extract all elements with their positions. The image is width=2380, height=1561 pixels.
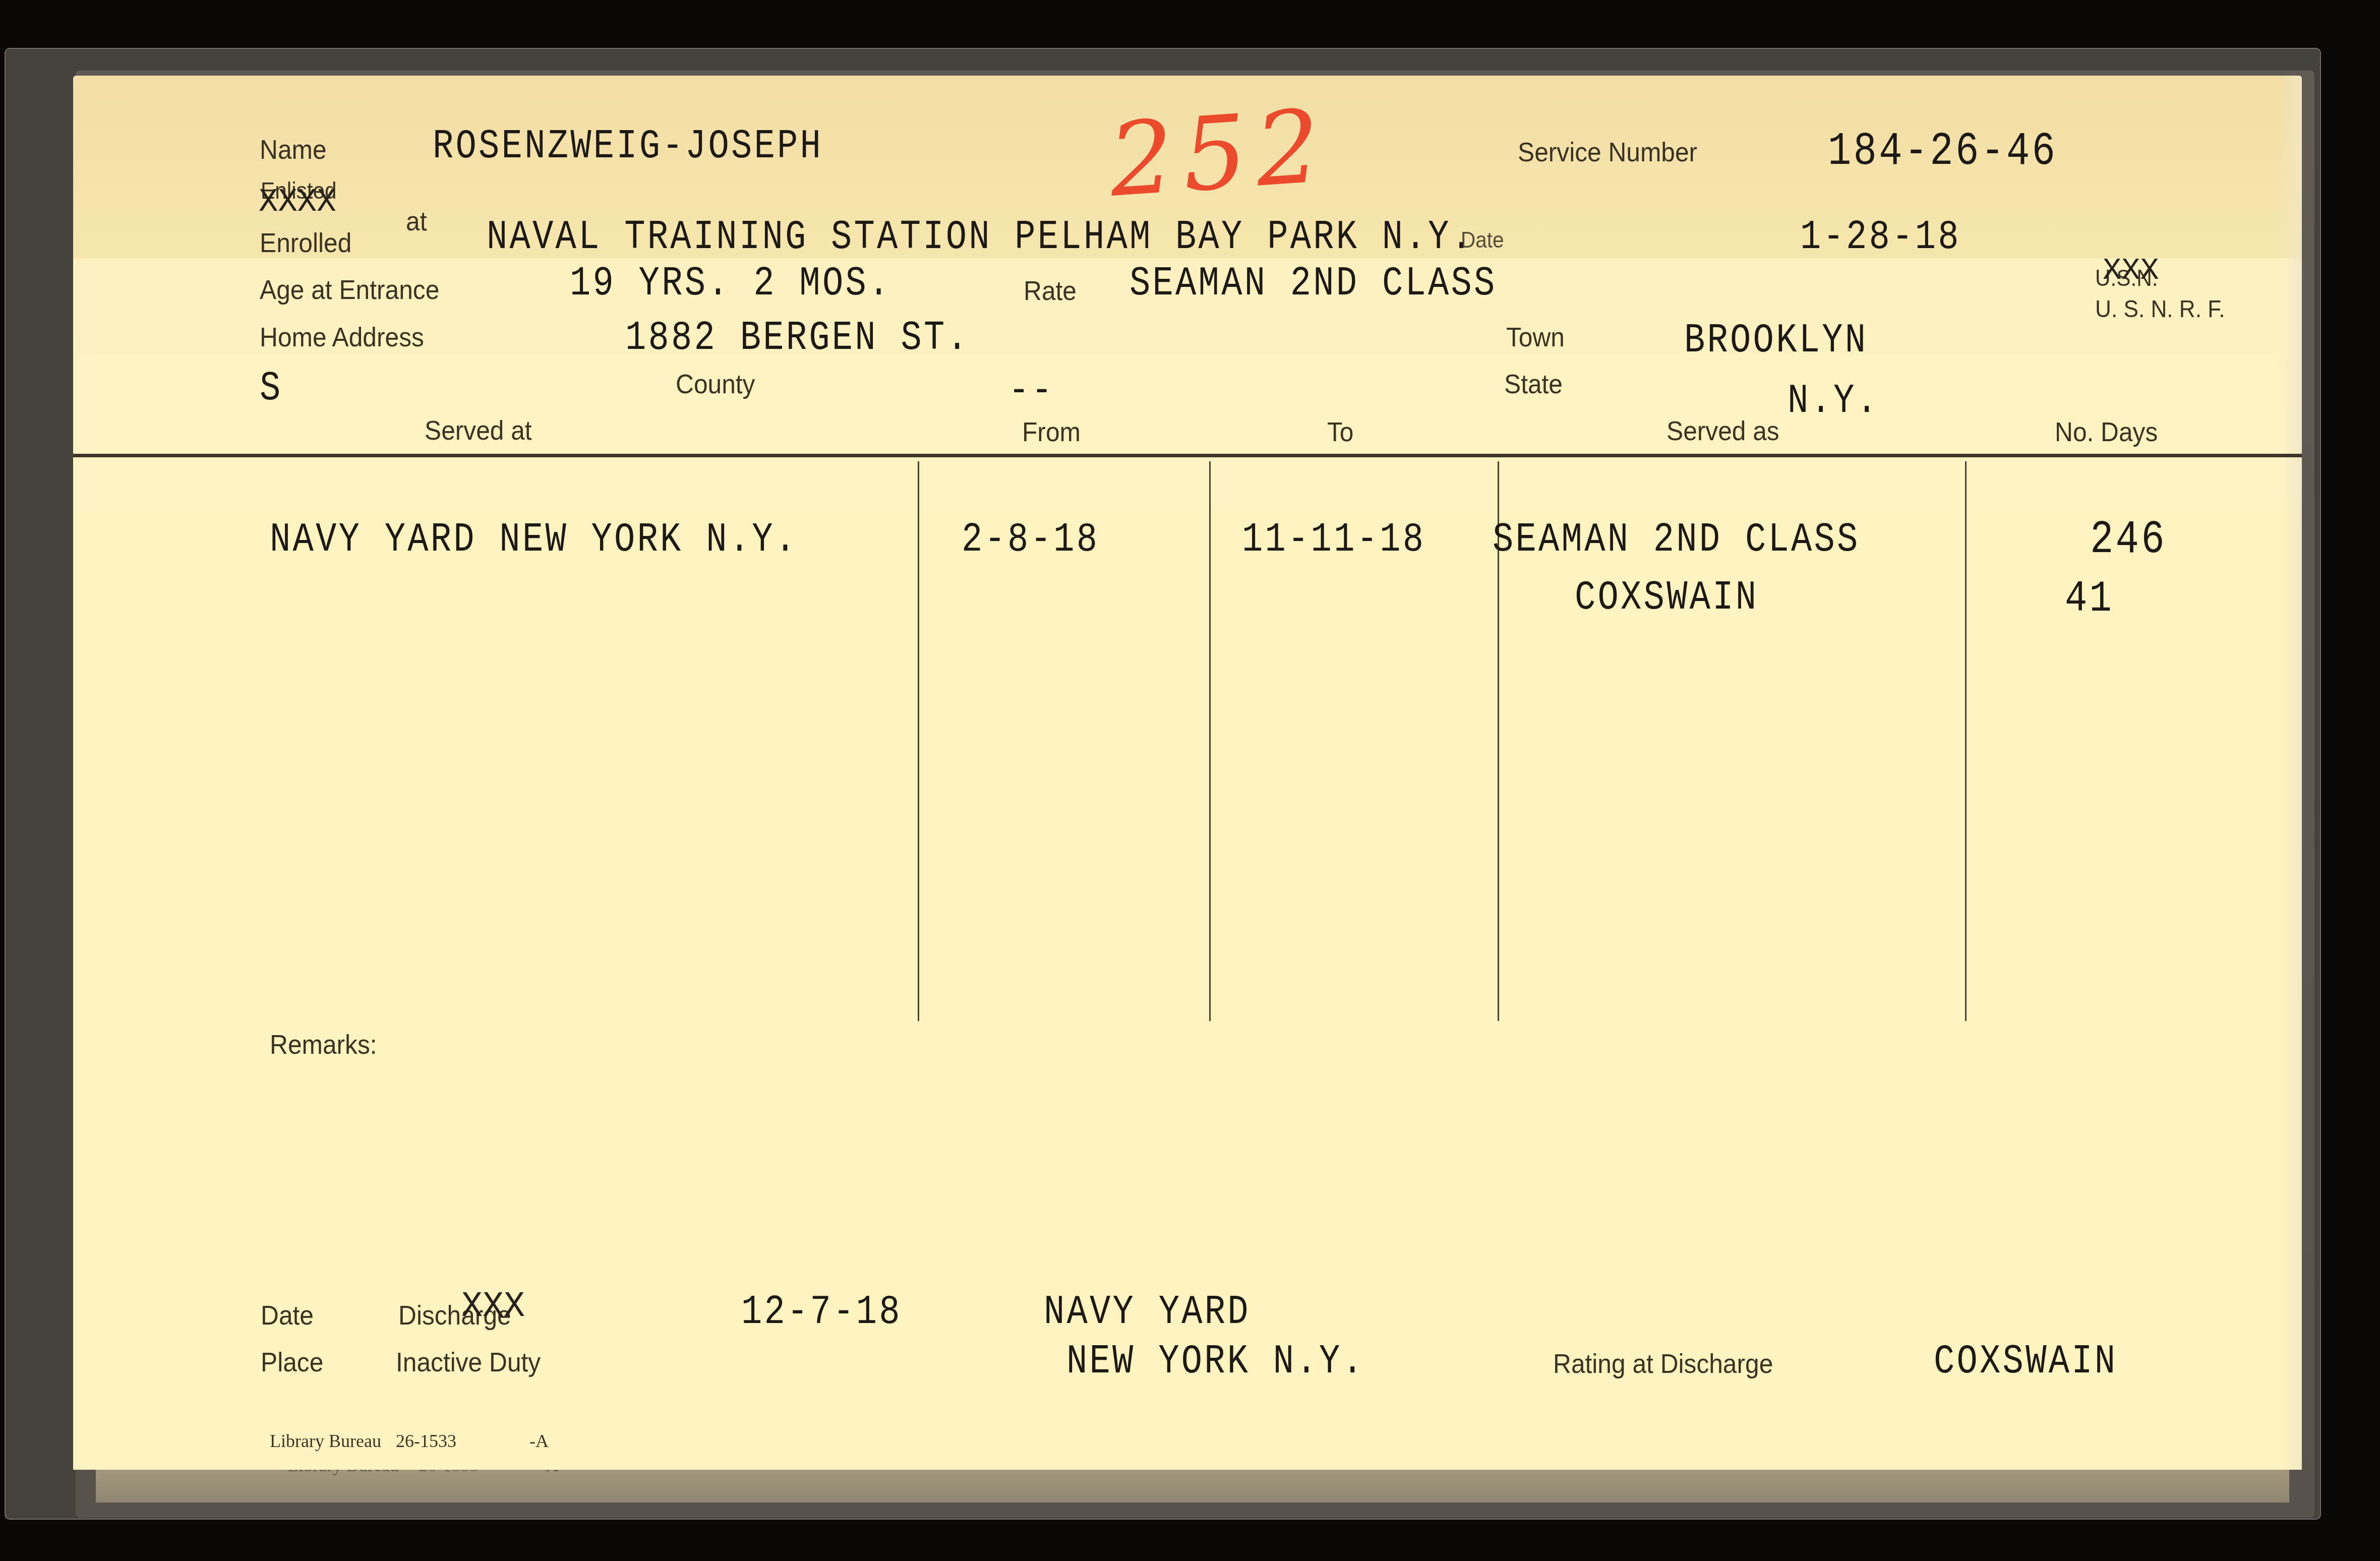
column-divider <box>1209 461 1211 1021</box>
name-label: Name <box>260 136 327 163</box>
table-header-rule <box>73 454 2302 457</box>
col-no-days: No. Days <box>2055 418 2158 446</box>
row-to: 11-11-18 <box>1242 519 1425 561</box>
footer-mark: -A <box>529 1432 549 1450</box>
discharge-date-value: 12-7-18 <box>741 1292 902 1333</box>
age-at-entrance-label: Age at Entrance <box>260 276 439 304</box>
row-from: 2-8-18 <box>962 519 1099 561</box>
town-label: Town <box>1506 324 1565 351</box>
column-divider <box>918 461 919 1021</box>
home-address-label: Home Address <box>260 324 424 351</box>
county-prefix: S <box>260 368 283 409</box>
inactive-duty-label: Inactive Duty <box>396 1349 541 1376</box>
footer-form-number: 26-1533 <box>396 1432 456 1450</box>
col-served-as: Served as <box>1667 417 1779 445</box>
county-value: -- <box>1008 371 1054 412</box>
rate-value: SEAMAN 2ND CLASS <box>1129 263 1497 305</box>
row-served-as: COXSWAIN <box>1575 577 1758 619</box>
enlisted-strike-marks: XXXX <box>259 187 336 219</box>
branch-value: U. S. N. R. F. <box>2095 297 2225 322</box>
enrolled-date-value: 1-28-18 <box>1800 217 1961 258</box>
rating-at-discharge-value: COXSWAIN <box>1934 1341 2117 1383</box>
enrolled-at-label: at <box>406 208 427 235</box>
age-at-entrance-value: 19 YRS. 2 MOS. <box>570 263 891 305</box>
footer-printer: Library Bureau <box>270 1432 381 1450</box>
rating-at-discharge-label: Rating at Discharge <box>1553 1350 1773 1377</box>
enrolled-label: Enrolled <box>260 229 351 257</box>
state-value: N.Y. <box>1788 381 1879 422</box>
enrolled-date-label: Date <box>1461 229 1504 252</box>
service-number-value: 184-26-46 <box>1828 129 2057 175</box>
county-label: County <box>676 371 755 398</box>
row-days: 246 <box>2090 517 2167 563</box>
col-to: To <box>1327 418 1353 446</box>
rate-label: Rate <box>1024 277 1077 305</box>
name-value: ROSENZWEIG-JOSEPH <box>433 126 823 167</box>
col-from: From <box>1022 418 1081 446</box>
row-days: 41 <box>2065 577 2114 622</box>
column-divider <box>1965 461 1967 1021</box>
row-served-at: NAVY YARD NEW YORK N.Y. <box>270 519 798 561</box>
discharge-place-line2: NEW YORK N.Y. <box>1066 1341 1365 1383</box>
home-address-value: 1882 BERGEN ST. <box>625 318 970 359</box>
discharge-place-line1: NAVY YARD <box>1044 1292 1251 1333</box>
discharge-place-label: Place <box>261 1349 323 1376</box>
branch-strike-marks: XXX <box>2103 255 2159 286</box>
discharge-date-label: Date <box>261 1302 314 1329</box>
handwritten-number: 252 <box>1106 96 1333 212</box>
remarks-label: Remarks: <box>270 1031 377 1058</box>
row-served-as: SEAMAN 2ND CLASS <box>1493 519 1860 561</box>
col-served-at: Served at <box>425 417 532 444</box>
enrolled-place-value: NAVAL TRAINING STATION PELHAM BAY PARK N… <box>487 217 1474 258</box>
discharge-strike-marks: XXX <box>461 1290 525 1325</box>
state-label: State <box>1504 371 1563 398</box>
card-edge <box>2282 76 2302 1470</box>
service-record-card: 252 Name ROSENZWEIG-JOSEPH Service Numbe… <box>73 76 2302 1470</box>
town-value: BROOKLYN <box>1684 320 1868 362</box>
service-number-label: Service Number <box>1518 139 1697 166</box>
